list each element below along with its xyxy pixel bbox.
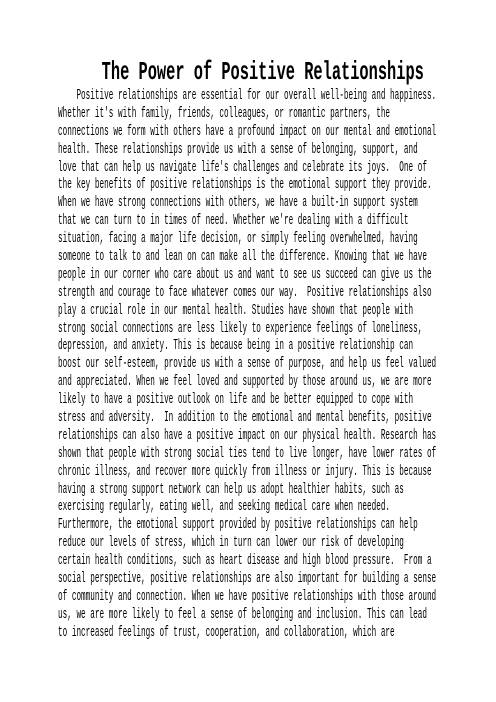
text-line: connections we form with others have a p… — [58, 124, 290, 142]
text-line: depression, and anxiety. This is because… — [58, 338, 290, 356]
text-line: to increased feelings of trust, cooperat… — [58, 625, 290, 643]
text-line: likely to have a positive outlook on lif… — [58, 392, 290, 410]
text-line: stress and adversity. In addition to the… — [58, 410, 290, 428]
text-line: people in our corner who care about us a… — [58, 267, 290, 285]
text-line: strong social connections are less likel… — [58, 321, 290, 339]
text-line: Whether it's with family, friends, colle… — [58, 106, 290, 124]
text-line: Positive relationships are essential for… — [58, 88, 290, 106]
text-line: health. These relationships provide us w… — [58, 142, 290, 160]
text-line: love that can help us navigate life's ch… — [58, 160, 290, 178]
text-line: certain health conditions, such as heart… — [58, 553, 290, 571]
text-line: boost our self-esteem, provide us with a… — [58, 356, 290, 374]
document-page: The Power of Positive Relationships Posi… — [0, 0, 496, 702]
text-line: play a crucial role in our mental health… — [58, 303, 290, 321]
text-line: Furthermore, the emotional support provi… — [58, 517, 290, 535]
text-line: and appreciated. When we feel loved and … — [58, 374, 290, 392]
text-line: that we can turn to in times of need. Wh… — [58, 213, 290, 231]
text-line: us, we are more likely to feel a sense o… — [58, 607, 290, 625]
text-line: strength and courage to face whatever co… — [58, 285, 290, 303]
text-line: When we have strong connections with oth… — [58, 195, 290, 213]
text-line: social perspective, positive relationshi… — [58, 571, 290, 589]
document-body: Positive relationships are essential for… — [58, 88, 496, 643]
text-line: chronic illness, and recover more quickl… — [58, 464, 290, 482]
page-title: The Power of Positive Relationships — [102, 57, 395, 88]
text-line: relationships can also have a positive i… — [58, 428, 290, 446]
text-line: exercising regularly, eating well, and s… — [58, 499, 290, 517]
text-line: shown that people with strong social tie… — [58, 446, 290, 464]
text-line: situation, facing a major life decision,… — [58, 231, 290, 249]
text-line: having a strong support network can help… — [58, 482, 290, 500]
text-line: the key benefits of positive relationshi… — [58, 177, 290, 195]
text-line: someone to talk to and lean on can make … — [58, 249, 290, 267]
text-line: reduce our levels of stress, which in tu… — [58, 535, 290, 553]
text-line: of community and connection. When we hav… — [58, 589, 290, 607]
